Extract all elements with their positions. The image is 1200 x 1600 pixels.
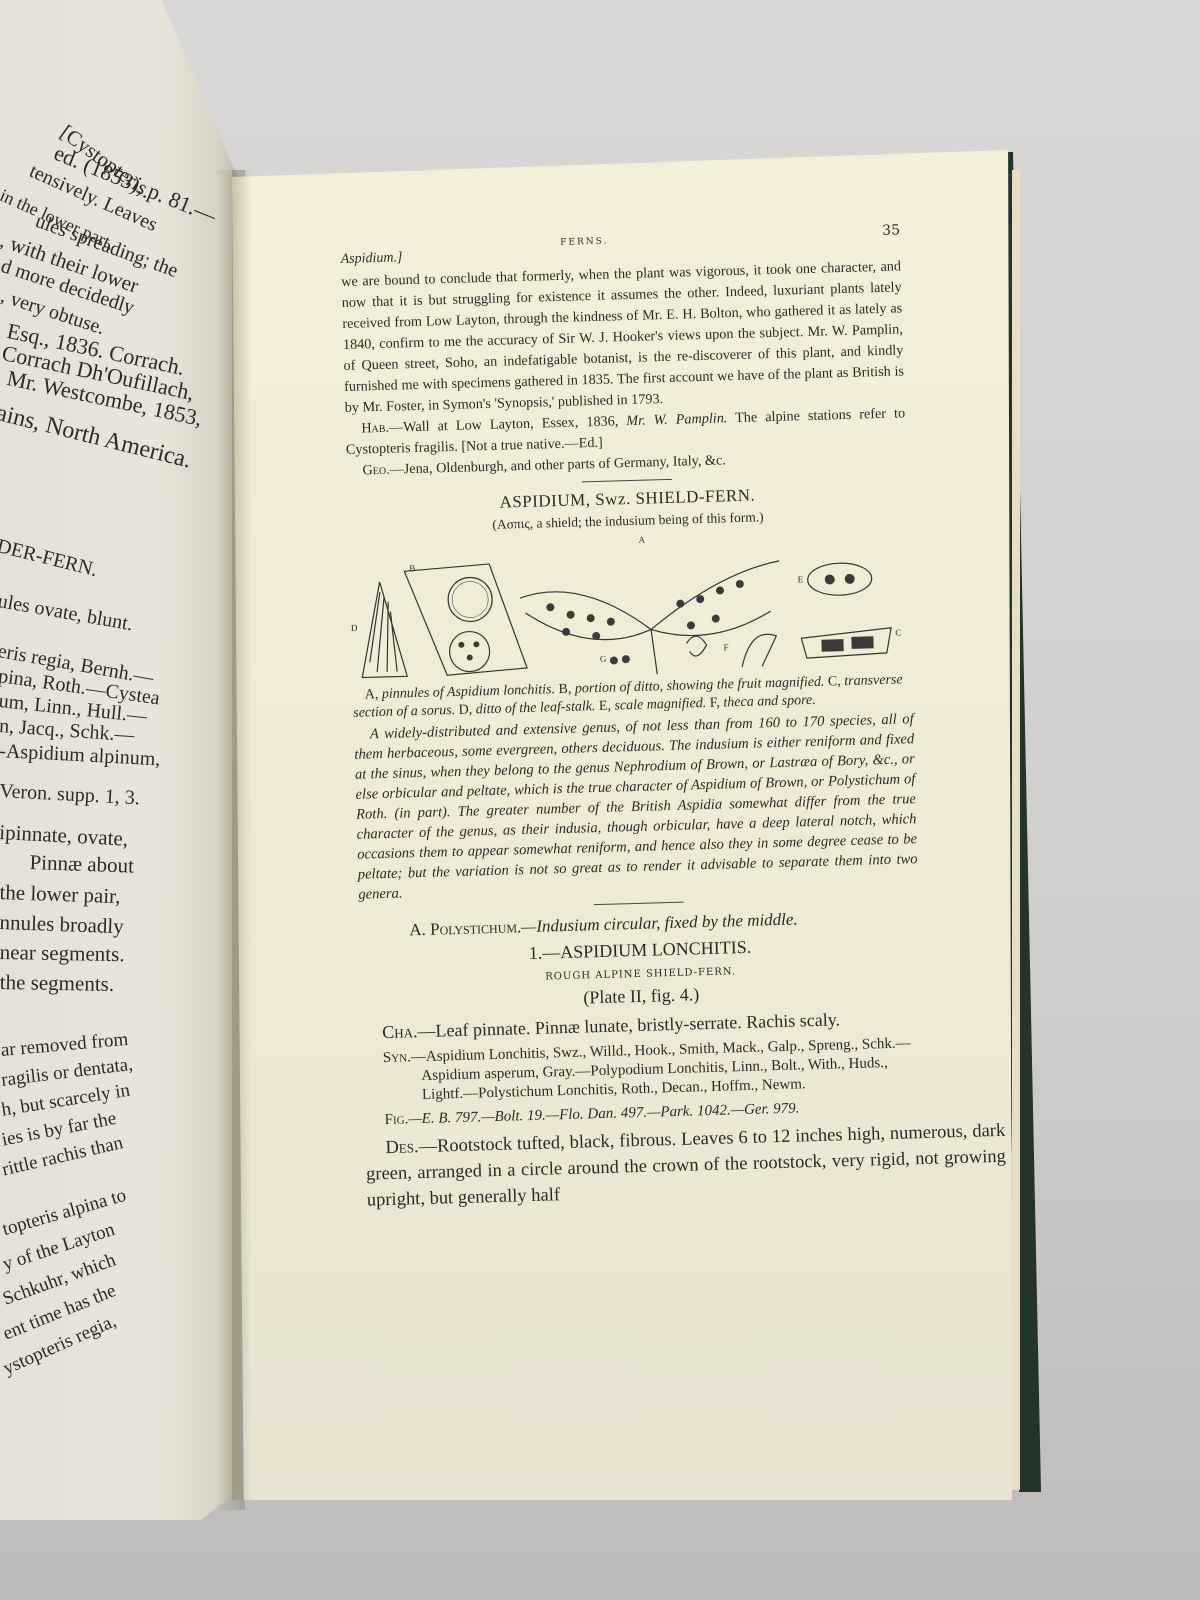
description-text: —Rootstock tufted, black, fibrous. Leave…: [366, 1121, 1006, 1211]
running-head-title: FERNS.: [560, 237, 608, 248]
synonyms-paragraph: Syn.—Aspidium Lonchitis, Swz., Willd., H…: [383, 1034, 924, 1106]
caption-f: F,: [706, 696, 720, 711]
synonyms-label: Syn.: [383, 1049, 411, 1066]
left-page-line: Pinnæ about: [29, 850, 134, 879]
caption-a: A,: [365, 687, 379, 702]
section-rule-2: [594, 902, 684, 906]
geography-label: Geo.: [362, 462, 390, 479]
right-page-text: Aspidium.] FERNS. 35 we are bound to con…: [340, 222, 927, 1213]
caption-b: B,: [555, 682, 572, 697]
running-head-section: Aspidium.]: [340, 250, 402, 268]
caption-e-text: scale magnified.: [611, 696, 707, 714]
caption-d-text: ditto of the leaf-stalk.: [472, 699, 596, 717]
intro-paragraph: we are bound to conclude that formerly, …: [341, 256, 905, 419]
description-label: Des.: [385, 1137, 419, 1158]
figure-label-e: E: [798, 574, 804, 584]
caption-c: C,: [824, 674, 841, 689]
fern-engraving-icon: [349, 527, 913, 683]
habitat-label: Hab.: [361, 420, 389, 437]
character-text: —Leaf pinnate. Pinnæ lunate, bristly-ser…: [417, 1009, 840, 1041]
page-edges: [1012, 170, 1020, 1490]
figure-label-g: G: [600, 654, 607, 664]
habitat-collector: Mr. W. Pamplin.: [626, 410, 727, 429]
subgenus-name: Polystichum.: [430, 917, 522, 939]
subgenus-letter: A.: [409, 920, 430, 940]
figure-label-a: A: [638, 535, 645, 545]
caption-a-text: pinnules of Aspidium lonchitis.: [378, 682, 555, 702]
left-page-line: the lower pair,: [0, 880, 121, 909]
page-number: 35: [882, 222, 900, 238]
synonyms-text: —Aspidium Lonchitis, Swz., Willd., Hook.…: [411, 1035, 911, 1103]
figures-text: —E. B. 797.—Bolt. 19.—Flo. Dan. 497.—Par…: [408, 1101, 800, 1128]
section-rule: [582, 479, 672, 483]
fern-illustration: A B C D E F G: [349, 527, 913, 683]
right-page-gutter: [232, 170, 252, 1500]
subgenus-description: —Indusium circular, fixed by the middle.: [521, 909, 798, 936]
caption-e: E,: [595, 699, 611, 714]
left-page-line: nnules broadly: [0, 910, 124, 939]
figures-label: Fig.: [384, 1111, 408, 1128]
habitat-text: —Wall at Low Layton, Essex, 1836,: [389, 413, 627, 436]
figure-label-c: C: [895, 627, 901, 637]
character-label: Cha.: [382, 1021, 418, 1042]
figure-label-b: B: [409, 563, 415, 573]
genus-description: A widely-distributed and extensive genus…: [354, 709, 919, 905]
caption-f-text: theca and spore.: [720, 693, 816, 711]
figure-label-d: D: [351, 623, 358, 633]
left-page-line: near segments.: [0, 940, 125, 967]
caption-d: D,: [455, 702, 473, 717]
left-page-line: the segments.: [0, 970, 114, 997]
figure-label-f: F: [723, 642, 728, 652]
